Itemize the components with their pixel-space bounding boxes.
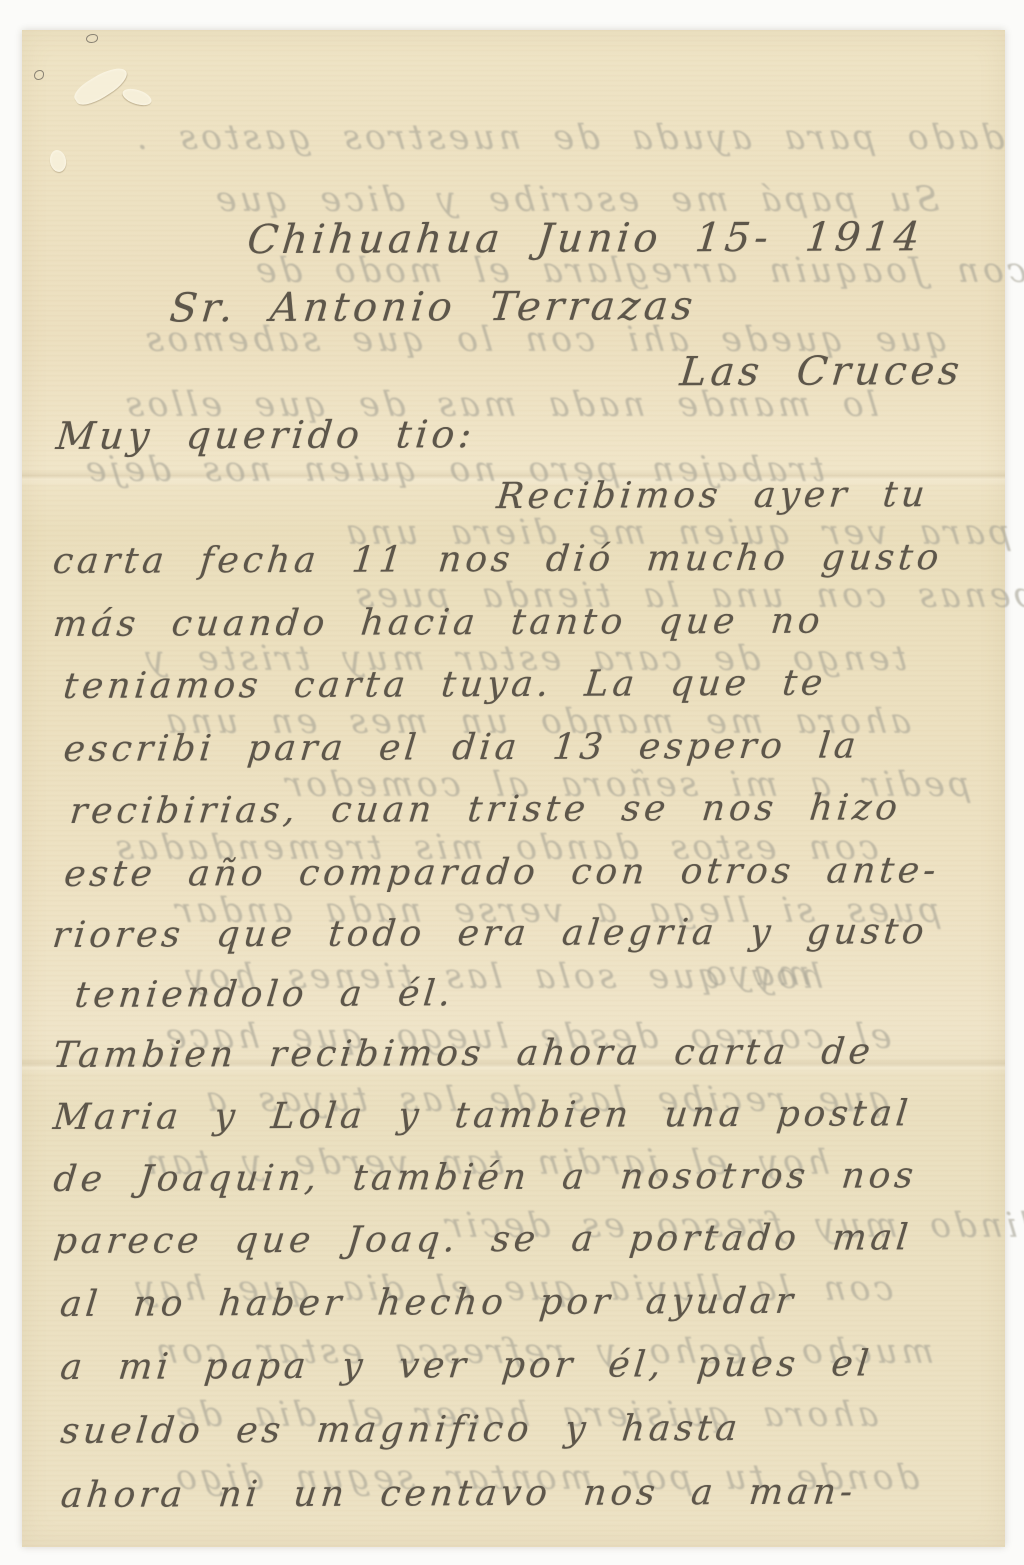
handwriting-line-salutation: Muy querido tio: [54,412,477,458]
handwriting-line-body: sueldo es magnifico y hasta [59,1408,743,1452]
handwriting-line-body: de Joaquin, también a nosotros nos [52,1155,919,1200]
handwriting-line-body: Tambien recibimos ahora carta de [51,1031,876,1076]
handwriting-line-body: a mi papa y ver por él, pues el [58,1343,874,1388]
handwriting-line-body: este año comparado con otros ante- [62,850,941,895]
handwriting-line-body: más cuando hacia tanto que no [51,601,826,645]
handwriting-line-addressee: Sr. Antonio Terrazas [168,283,699,331]
handwriting-line-body: al no haber hecho por ayudar [58,1281,799,1325]
handwriting-line-body: riores que todo era alegria y gusto [51,911,930,956]
handwriting-line-addressee-place: Las Cruces [678,348,965,395]
handwriting-line-body: Maria y Lola y tambien una postal [51,1093,913,1138]
handwriting-line-body: ahora ni un centavo nos a man- [59,1472,858,1516]
handwriting-line-body: escribi para el dia 13 espero la [62,725,862,769]
handwriting-line-body: recibirias, cuan triste se nos hizo [68,787,903,832]
scanned-letter: dado para ayuda de nuestros gastos .Su p… [0,0,1024,1565]
handwriting-line-body: carta fecha 11 nos dió mucho gusto [51,537,945,582]
handwriting-line-body: teniendolo a él. [73,973,457,1016]
handwriting-layer: Chihuahua Junio 15- 1914Sr. Antonio Terr… [19,28,1009,1549]
handwriting-line-body: parece que Joaq. se a portado mal [52,1217,914,1262]
handwriting-line-body: teniamos carta tuya. La que te [61,663,828,707]
handwriting-line-body: Recibimos ayer tu [495,474,931,517]
handwriting-line-place-date: Chihuahua Junio 15- 1914 [245,214,925,263]
letter-paper-sheet: dado para ayuda de nuestros gastos .Su p… [22,30,1005,1547]
